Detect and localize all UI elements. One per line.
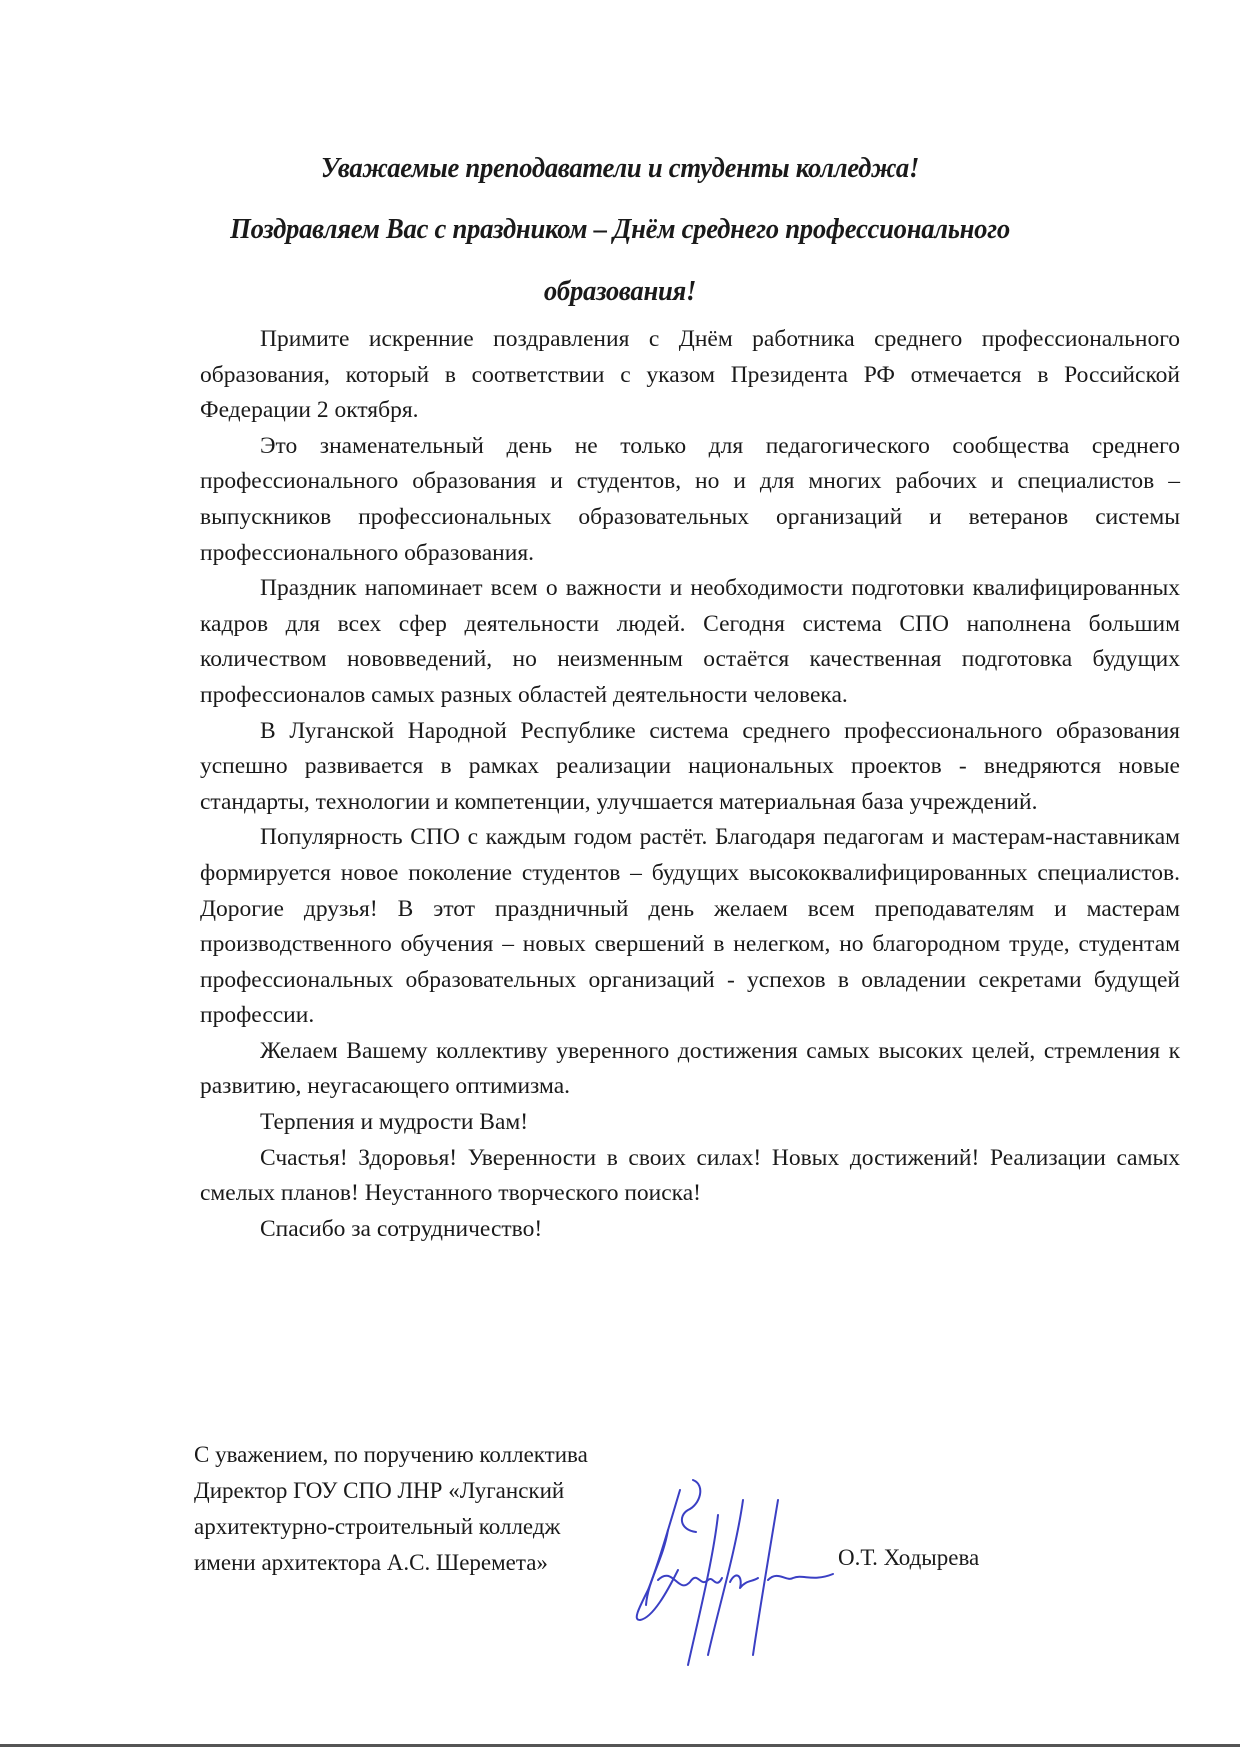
paragraph: Примите искренние поздравления с Днём ра… (200, 322, 1180, 429)
paragraph: Спасибо за сотрудничество! (200, 1212, 1180, 1248)
paragraph: Желаем Вашему коллективу уверенного дост… (200, 1034, 1180, 1105)
congratulation-title-cont: образования! (50, 275, 1191, 308)
scan-edge-divider (0, 1744, 1240, 1747)
signer-name: О.Т. Ходырева (838, 1545, 979, 1571)
paragraph: В Луганской Народной Республике система … (200, 714, 1180, 821)
closing-block: С уважением, по поручению коллектива Дир… (194, 1437, 588, 1581)
congratulation-title: Поздравляем Вас с праздником – Днём сред… (50, 213, 1191, 246)
paragraph: Это знаменательный день не только для пе… (200, 429, 1180, 571)
paragraph: Терпения и мудрости Вам! (200, 1105, 1180, 1141)
closing-line: архитектурно-строительный колледж (194, 1509, 588, 1545)
signature-icon (618, 1470, 848, 1680)
letter-body: Примите искренние поздравления с Днём ра… (200, 322, 1180, 1247)
closing-line: Директор ГОУ СПО ЛНР «Луганский (194, 1473, 588, 1509)
paragraph: Праздник напоминает всем о важности и не… (200, 571, 1180, 713)
closing-line: С уважением, по поручению коллектива (194, 1437, 588, 1473)
paragraph: Счастья! Здоровья! Уверенности в своих с… (200, 1141, 1180, 1212)
closing-line: имени архитектора А.С. Шеремета» (194, 1545, 588, 1581)
greeting-title: Уважаемые преподаватели и студенты колле… (50, 152, 1191, 185)
paragraph: Популярность СПО с каждым годом растёт. … (200, 820, 1180, 1034)
